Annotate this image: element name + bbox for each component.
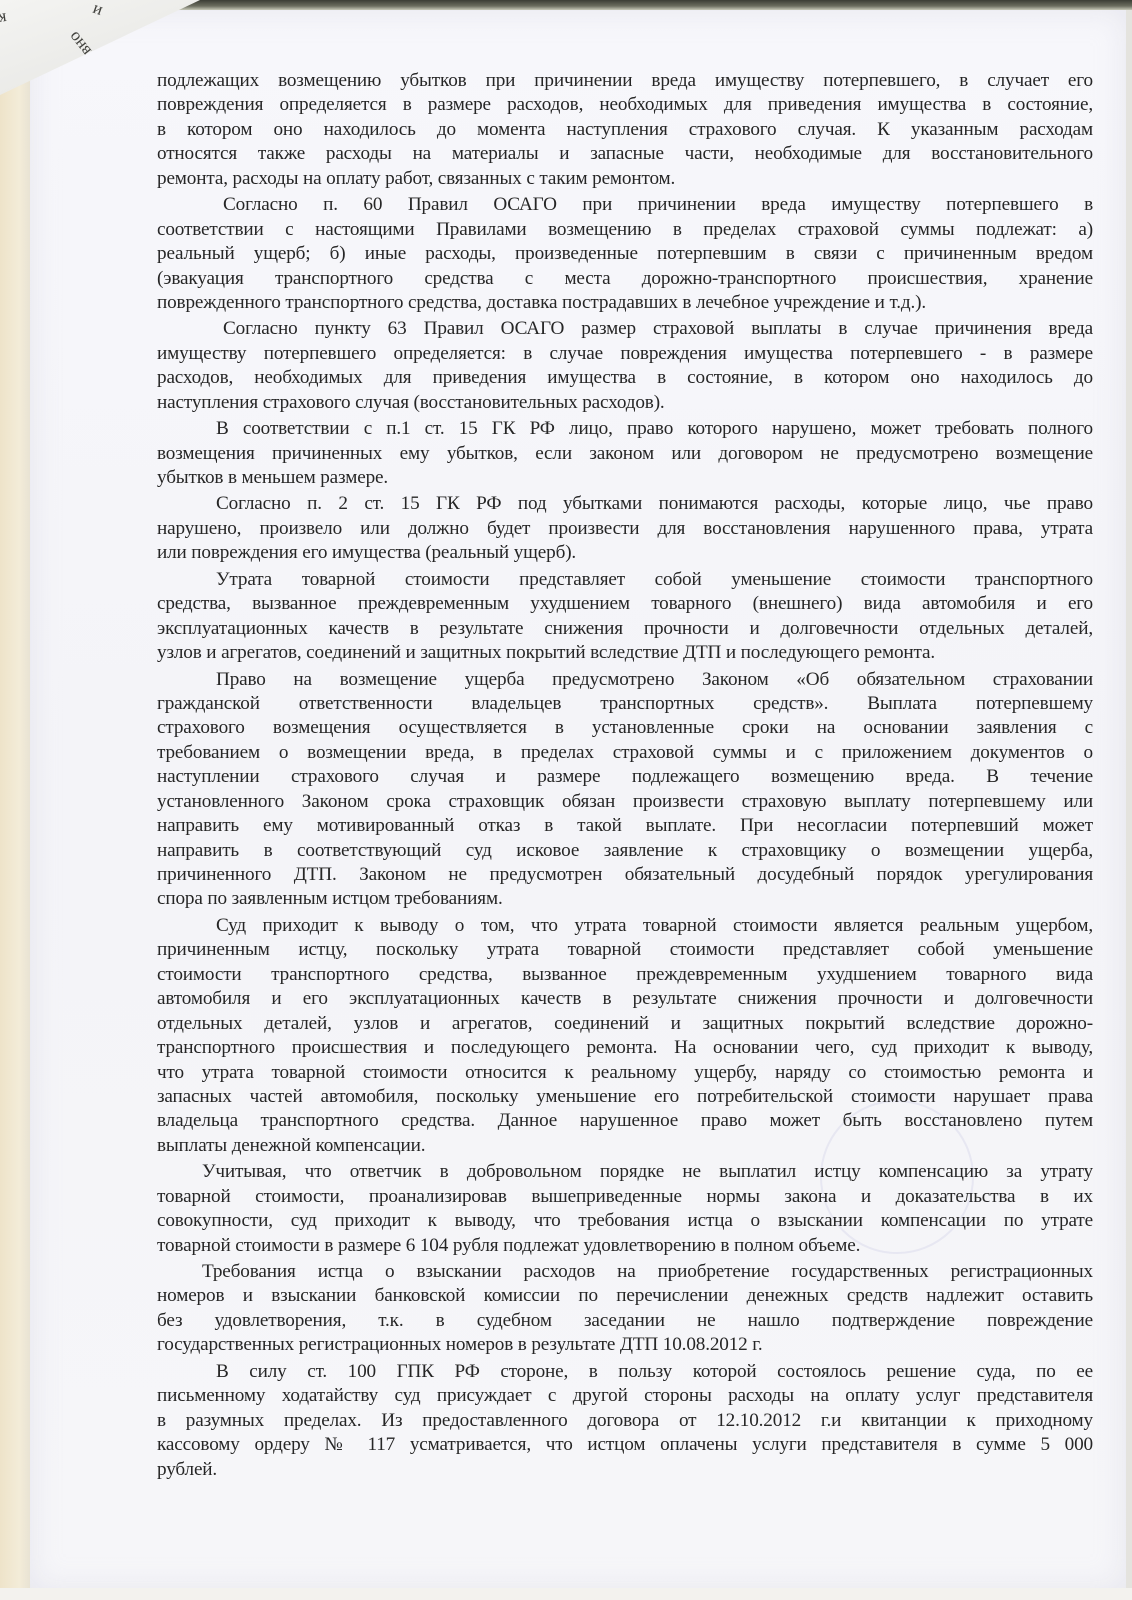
scan-bottom-edge bbox=[0, 1588, 1132, 1600]
text-line: в котором оно находилось до момента наст… bbox=[157, 118, 1093, 142]
text-line: требованием о возмещении вреда, в предел… bbox=[157, 741, 1093, 765]
text-line: возмещения причиненных ему убытков, если… bbox=[157, 442, 1093, 466]
text-line: Согласно п. 60 Правил ОСАГО при причинен… bbox=[157, 193, 1093, 217]
text-line: отдельных деталей, узлов и агрегатов, со… bbox=[157, 1012, 1093, 1036]
text-line: реальный ущерб; б) иные расходы, произве… bbox=[157, 242, 1093, 266]
text-line: средства, вызванное преждевременным ухуд… bbox=[157, 592, 1093, 616]
text-line: что утрата товарной стоимости относится … bbox=[157, 1061, 1093, 1085]
text-line: соответствии с настоящими Правилами возм… bbox=[157, 218, 1093, 242]
text-line: узлов и агрегатов, соединений и защитных… bbox=[157, 641, 1093, 665]
text-line: Согласно п. 2 ст. 15 ГК РФ под убытками … bbox=[157, 492, 1093, 516]
text-line: наступлении страхового случая и размере … bbox=[157, 765, 1093, 789]
paragraph: В соответствии с п.1 ст. 15 ГК РФ лицо, … bbox=[157, 417, 1093, 490]
paragraph: Согласно пункту 63 Правил ОСАГО размер с… bbox=[157, 317, 1093, 415]
paragraph: В силу ст. 100 ГПК РФ стороне, в пользу … bbox=[157, 1360, 1093, 1482]
text-line: запасных частей автомобиля, поскольку ум… bbox=[157, 1085, 1093, 1109]
text-line: рублей. bbox=[157, 1458, 1093, 1482]
text-line: расходов, необходимых для приведения иму… bbox=[157, 366, 1093, 390]
text-line: совокупности, суд приходит к выводу, что… bbox=[157, 1209, 1093, 1233]
text-line: причиненным истцу, поскольку утрата това… bbox=[157, 938, 1093, 962]
text-line: имуществу потерпевшего определяется: в с… bbox=[157, 342, 1093, 366]
paragraph: подлежащих возмещению убытков при причин… bbox=[157, 69, 1093, 191]
page-right-edge bbox=[1126, 10, 1132, 1590]
text-line: ремонта, расходы на оплату работ, связан… bbox=[157, 167, 1093, 191]
paragraph: Согласно п. 60 Правил ОСАГО при причинен… bbox=[157, 193, 1093, 315]
text-line: без удовлетворения, т.к. в судебном засе… bbox=[157, 1309, 1093, 1333]
text-line: убытков в меньшем размере. bbox=[157, 466, 1093, 490]
text-line: подлежащих возмещению убытков при причин… bbox=[157, 69, 1093, 93]
text-line: товарной стоимости, проанализировав выше… bbox=[157, 1185, 1093, 1209]
text-line: повреждения определяется в размере расхо… bbox=[157, 93, 1093, 117]
paragraph: Право на возмещение ущерба предусмотрено… bbox=[157, 668, 1093, 912]
text-line: наступления страхового случая (восстанов… bbox=[157, 391, 1093, 415]
text-line: поврежденного транспортного средства, до… bbox=[157, 291, 1093, 315]
text-line: товарной стоимости в размере 6 104 рубля… bbox=[157, 1234, 1093, 1258]
text-line: Суд приходит к выводу о том, что утрата … bbox=[157, 914, 1093, 938]
text-line: автомобиля и его эксплуатационных качест… bbox=[157, 987, 1093, 1011]
text-line: Право на возмещение ущерба предусмотрено… bbox=[157, 668, 1093, 692]
text-line: в разумных пределах. Из предоставленного… bbox=[157, 1409, 1093, 1433]
text-line: Требования истца о взыскании расходов на… bbox=[157, 1260, 1093, 1284]
document-body: подлежащих возмещению убытков при причин… bbox=[157, 69, 1093, 1482]
text-line: направить ему мотивированный отказ в так… bbox=[157, 814, 1093, 838]
text-line: гражданской ответственности владельцев т… bbox=[157, 692, 1093, 716]
text-line: выплаты денежной компенсации. bbox=[157, 1134, 1093, 1158]
text-line: страхового возмещения осуществляется в у… bbox=[157, 716, 1093, 740]
text-line: Утрата товарной стоимости представляет с… bbox=[157, 568, 1093, 592]
fold-text: шая bbox=[9, 0, 38, 3]
paragraph: Согласно п. 2 ст. 15 ГК РФ под убытками … bbox=[157, 492, 1093, 565]
text-line: кассовому ордеру № 117 усматривается, чт… bbox=[157, 1433, 1093, 1457]
text-line: относятся также расходы на материалы и з… bbox=[157, 142, 1093, 166]
fold-text: кап bbox=[0, 8, 8, 31]
text-line: номеров и взыскании банковской комиссии … bbox=[157, 1284, 1093, 1308]
text-line: нарушено, произвело или должно будет про… bbox=[157, 517, 1093, 541]
paragraph: Требования истца о взыскании расходов на… bbox=[157, 1260, 1093, 1358]
paragraph: Учитывая, что ответчик в добровольном по… bbox=[157, 1160, 1093, 1258]
text-line: транспортного происшествия и последующег… bbox=[157, 1036, 1093, 1060]
text-line: стоимости транспортного средства, вызван… bbox=[157, 963, 1093, 987]
text-line: владельца транспортного средства. Данное… bbox=[157, 1109, 1093, 1133]
fold-text: и bbox=[89, 0, 104, 22]
text-line: Согласно пункту 63 Правил ОСАГО размер с… bbox=[157, 317, 1093, 341]
paragraph: Утрата товарной стоимости представляет с… bbox=[157, 568, 1093, 666]
text-line: эксплуатационных качеств в результате сн… bbox=[157, 617, 1093, 641]
text-line: или повреждения его имущества (реальный … bbox=[157, 541, 1093, 565]
text-line: причиненного ДТП. Законом не предусмотре… bbox=[157, 863, 1093, 887]
text-line: спора по заявленным истцом требованиям. bbox=[157, 887, 1093, 911]
paragraph: Суд приходит к выводу о том, что утрата … bbox=[157, 914, 1093, 1158]
text-line: Учитывая, что ответчик в добровольном по… bbox=[157, 1160, 1093, 1184]
text-line: письменному ходатайству суд присуждает с… bbox=[157, 1384, 1093, 1408]
text-line: В силу ст. 100 ГПК РФ стороне, в пользу … bbox=[157, 1360, 1093, 1384]
text-line: установленного Законом срока страховщик … bbox=[157, 790, 1093, 814]
text-line: (эвакуация транспортного средства с мест… bbox=[157, 267, 1093, 291]
text-line: В соответствии с п.1 ст. 15 ГК РФ лицо, … bbox=[157, 417, 1093, 441]
text-line: направить в соответствующий суд исковое … bbox=[157, 839, 1093, 863]
scan-background-left bbox=[0, 0, 32, 1600]
text-line: государственных регистрационных номеров … bbox=[157, 1333, 1093, 1357]
